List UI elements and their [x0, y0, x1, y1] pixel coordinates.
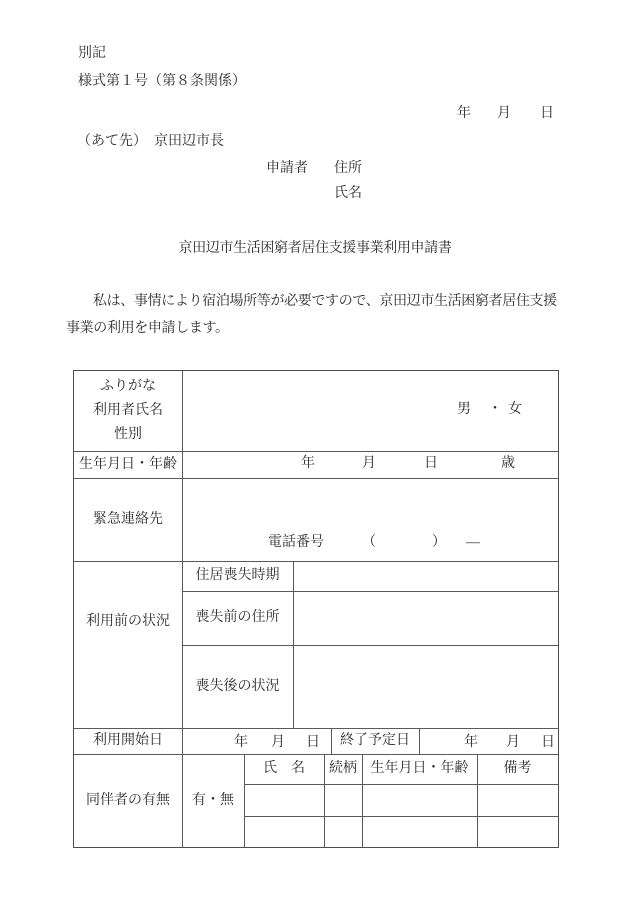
companion-name-header: 氏 名: [244, 754, 324, 784]
birth-year-label: 年: [301, 456, 315, 472]
date-month-label: 月: [497, 106, 511, 122]
form-number: 様式第１号（第８条関係）: [78, 74, 246, 90]
intro-line-2: 事業の利用を申請します。: [66, 321, 229, 337]
companion-yes-no: 有・無: [182, 754, 244, 847]
table-border-line: [244, 784, 558, 785]
remark-label: 別記: [78, 46, 106, 62]
emergency-contact-label: 緊急連絡先: [74, 478, 182, 561]
furigana-label: ふりがな: [100, 379, 156, 395]
end-date-label: 終了予定日: [331, 728, 419, 754]
table-border-line: [244, 816, 558, 817]
table-border-line: [419, 728, 420, 754]
user-name-label: 利用者氏名: [93, 403, 163, 419]
birthdate-age-label: 生年月日・年齢: [74, 451, 182, 478]
applicant-name-label: 氏名: [334, 186, 362, 202]
phone-paren-close: ）: [432, 535, 446, 551]
gender-separator-dot: ・: [488, 402, 502, 418]
table-border-line: [74, 561, 558, 562]
end-year-label: 年: [464, 735, 478, 751]
companion-relation-header: 続柄: [324, 754, 362, 784]
date-year-label: 年: [457, 106, 471, 122]
end-month-label: 月: [506, 735, 520, 751]
application-table: ふりがな 利用者氏名 性別 男 ・ 女 生年月日・年齢 年 月 日 歳 緊急連絡…: [73, 370, 559, 848]
post-loss-situation-label: 喪失後の状況: [182, 645, 293, 728]
date-day-label: 日: [540, 106, 554, 122]
companion-presence-label: 同伴者の有無: [74, 754, 182, 847]
gender-label: 性別: [114, 427, 142, 443]
pre-use-status-label: 利用前の状況: [74, 614, 182, 630]
gender-option-female: 女: [508, 402, 522, 418]
birth-day-label: 日: [424, 456, 438, 472]
applicant-label: 申請者: [266, 161, 308, 177]
phone-number-label: 電話番号: [268, 535, 324, 551]
companion-notes-header: 備考: [477, 754, 558, 784]
start-year-label: 年: [234, 735, 248, 751]
form-page: 別記 様式第１号（第８条関係） 年 月 日 （あて先） 京田辺市長 申請者 住所…: [0, 0, 630, 903]
birth-age-label: 歳: [501, 456, 515, 472]
start-month-label: 月: [271, 735, 285, 751]
applicant-address-label: 住所: [334, 161, 362, 177]
companion-birthdate-header: 生年月日・年齢: [362, 754, 477, 784]
pre-loss-address-label: 喪失前の住所: [182, 591, 293, 645]
phone-dash: ―: [466, 535, 480, 551]
user-name-header-cell: ふりがな 利用者氏名 性別: [74, 371, 182, 451]
intro-line-1: 私は、事情により宿泊場所等が必要ですので、京田辺市生活困窮者居住支援: [93, 294, 557, 310]
end-day-label: 日: [541, 735, 555, 751]
gender-option-male: 男: [457, 402, 471, 418]
document-title: 京田辺市生活困窮者居住支援事業利用申請書: [0, 241, 630, 257]
phone-paren-open: （: [362, 535, 376, 551]
start-day-label: 日: [306, 735, 320, 751]
birth-month-label: 月: [362, 456, 376, 472]
addressee-label: （あて先） 京田辺市長: [77, 134, 224, 150]
use-start-date-label: 利用開始日: [74, 728, 182, 754]
housing-loss-date-label: 住居喪失時期: [182, 561, 293, 591]
